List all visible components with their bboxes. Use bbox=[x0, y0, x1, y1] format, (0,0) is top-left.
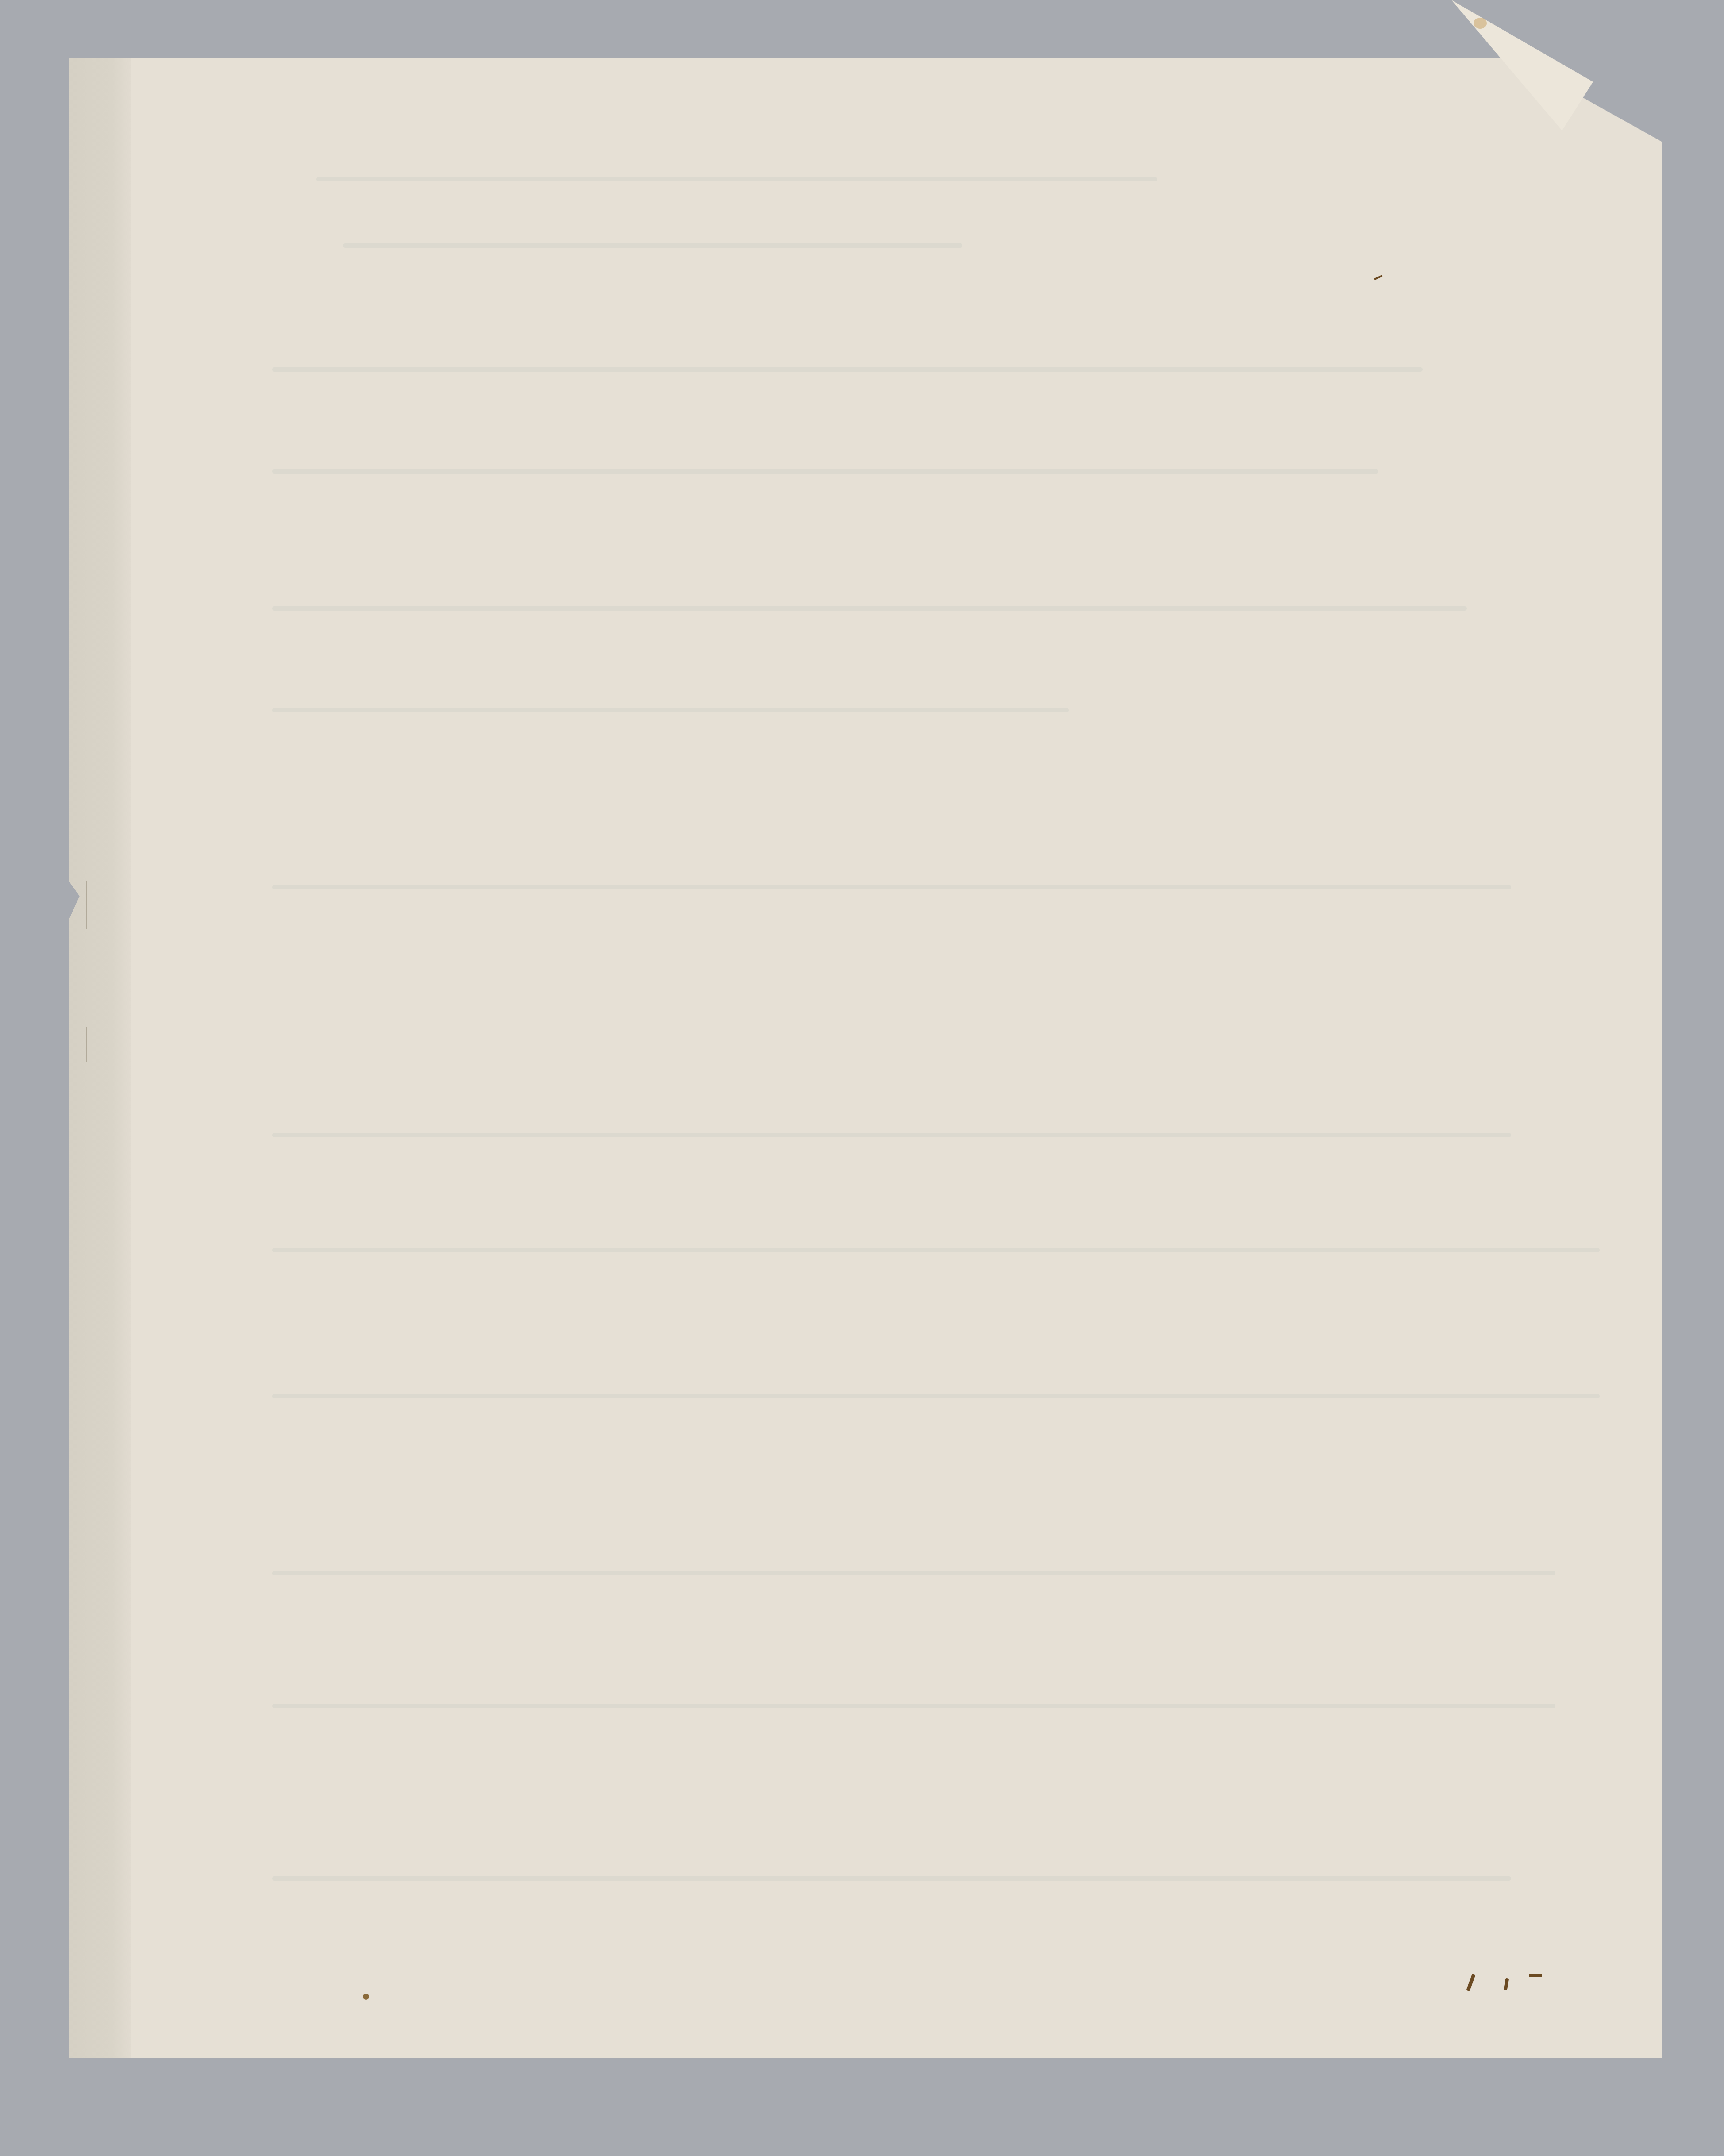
show-through-line bbox=[272, 708, 1069, 712]
show-through-line bbox=[272, 885, 1511, 889]
show-through-line bbox=[272, 469, 1378, 474]
ink-mark bbox=[1504, 1978, 1509, 1991]
show-through-line bbox=[272, 1394, 1600, 1398]
show-through-line bbox=[272, 1248, 1600, 1252]
ink-mark bbox=[1374, 275, 1383, 280]
stain-mark bbox=[1474, 18, 1487, 29]
show-through-line bbox=[272, 1133, 1511, 1137]
show-through-line bbox=[272, 606, 1467, 611]
show-through-line bbox=[272, 1571, 1555, 1575]
show-through-line bbox=[272, 1876, 1511, 1881]
show-through-line bbox=[316, 177, 1157, 181]
ink-mark bbox=[1466, 1974, 1475, 1991]
binding-strip bbox=[69, 58, 131, 2058]
show-through-line bbox=[272, 1704, 1555, 1708]
paper-sheet bbox=[69, 58, 1662, 2058]
show-through-line bbox=[343, 243, 962, 248]
tear-mark bbox=[86, 1027, 87, 1062]
show-through-line bbox=[272, 367, 1423, 372]
tear-mark bbox=[86, 881, 87, 929]
ink-spot bbox=[363, 1994, 369, 2000]
ink-mark bbox=[1529, 1974, 1542, 1977]
